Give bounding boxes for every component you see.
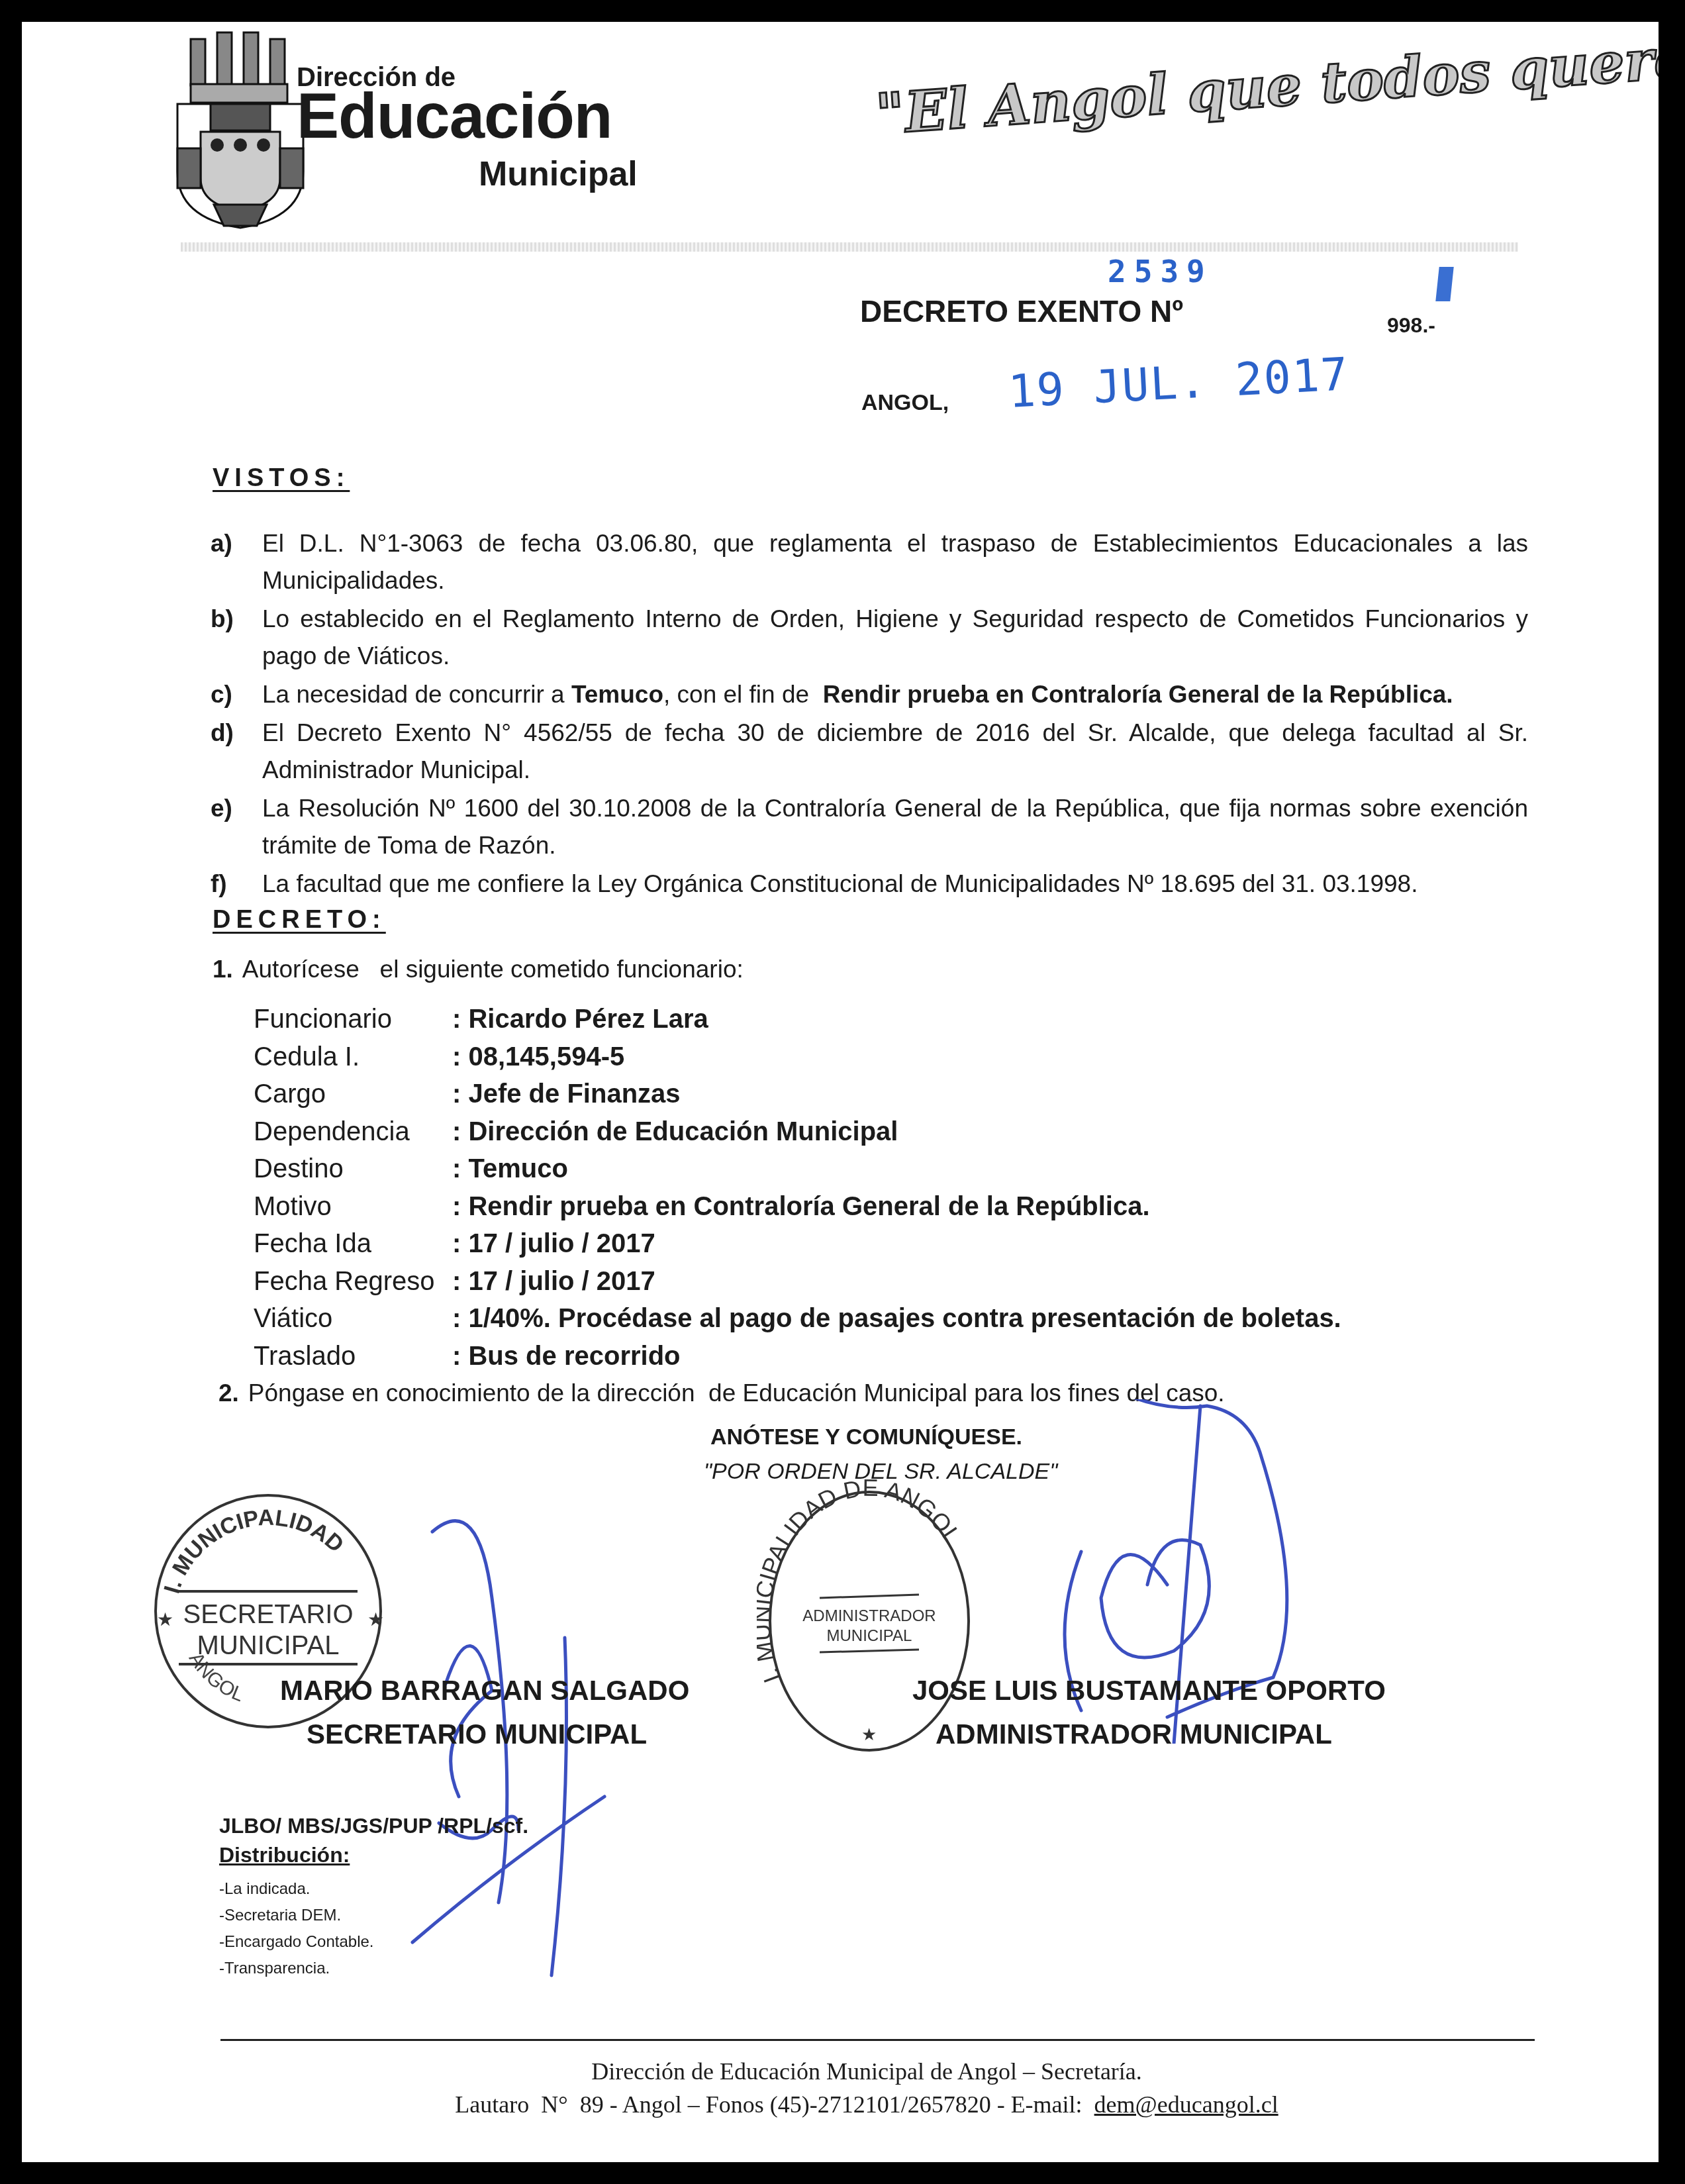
text-part: La necesidad de concurrir a (262, 681, 571, 708)
item-label: d) (211, 715, 262, 789)
field-value: : Dirección de Educación Municipal (452, 1113, 898, 1151)
stamped-decree-number: 2539 (1108, 254, 1213, 289)
decree-title: DECRETO EXENTO Nº (860, 293, 1183, 329)
header-divider (181, 242, 1518, 252)
decree-place: ANGOL, (861, 390, 949, 416)
field-row: Dependencia: Dirección de Educación Muni… (254, 1113, 1341, 1151)
list-item: c) La necesidad de concurrir a Temuco, c… (211, 676, 1528, 713)
distribution-heading: Distribución: (219, 1843, 350, 1867)
mission-fields: Funcionario: Ricardo Pérez Lara Cedula I… (254, 1001, 1341, 1375)
field-row: Fecha Regreso: 17 / julio / 2017 (254, 1263, 1341, 1301)
field-value: : Temuco (452, 1150, 568, 1188)
field-row: Viático: 1/40%. Procédase al pago de pas… (254, 1300, 1341, 1338)
list-item: e) La Resolución Nº 1600 del 30.10.2008 … (211, 790, 1528, 864)
field-value: : Ricardo Pérez Lara (452, 1001, 708, 1038)
decree-typed-number: 998.- (1387, 313, 1435, 338)
list-item: d) El Decreto Exento N° 4562/55 de fecha… (211, 715, 1528, 789)
item-text: El D.L. N°1-3063 de fecha 03.06.80, que … (262, 525, 1528, 599)
item-number: 2. (218, 1379, 239, 1407)
item-label: f) (211, 866, 262, 903)
signatory-name-secretary: MARIO BARRAGAN SALGADO (280, 1675, 689, 1707)
field-value: : Jefe de Finanzas (452, 1075, 681, 1113)
vistos-heading: VISTOS: (213, 464, 350, 493)
destination-bold: Temuco (571, 681, 663, 708)
svg-text:★: ★ (157, 1609, 173, 1630)
field-value: : 08,145,594-5 (452, 1038, 624, 1076)
decreto-item-1: 1.Autorícese el siguiente cometido funci… (213, 956, 744, 983)
field-label: Funcionario (254, 1001, 452, 1038)
footer-line1: Dirección de Educación Municipal de Ango… (22, 2058, 1659, 2085)
item-text: El Decreto Exento N° 4562/55 de fecha 30… (262, 715, 1528, 789)
field-label: Destino (254, 1150, 452, 1188)
letterhead-line2: Educación (297, 85, 612, 148)
signatory-role-administrator: ADMINISTRADOR MUNICIPAL (936, 1718, 1332, 1750)
footer-line2: Lautaro N° 89 - Angol – Fonos (45)-27121… (22, 2091, 1659, 2118)
field-value: : Rendir prueba en Contraloría General d… (452, 1188, 1150, 1226)
item-text: Lo establecido en el Reglamento Interno … (262, 601, 1528, 675)
item-text: Autorícese el siguiente cometido funcion… (242, 956, 744, 983)
field-label: Fecha Regreso (254, 1263, 452, 1301)
signatory-role-secretary: SECRETARIO MUNICIPAL (307, 1718, 647, 1750)
svg-text:★: ★ (861, 1724, 877, 1744)
list-item: -Encargado Contable. (219, 1929, 373, 1956)
svg-text:MUNICIPAL: MUNICIPAL (197, 1631, 340, 1660)
item-label: c) (211, 676, 262, 713)
item-label: a) (211, 525, 262, 599)
vistos-list: a) El D.L. N°1-3063 de fecha 03.06.80, q… (211, 525, 1528, 904)
stamp-mark (1435, 267, 1453, 301)
reference-initials: JLBO/ MBS/JGS/PUP /RPL/scf. (219, 1814, 528, 1838)
list-item: b) Lo establecido en el Reglamento Inter… (211, 601, 1528, 675)
field-label: Motivo (254, 1188, 452, 1226)
signatory-name-administrator: JOSE LUIS BUSTAMANTE OPORTO (912, 1675, 1386, 1707)
slogan: "El Angol que todos queremos..." (874, 22, 1659, 147)
signature-secretary (393, 1518, 611, 1982)
field-value: : 17 / julio / 2017 (452, 1263, 655, 1301)
list-item: a) El D.L. N°1-3063 de fecha 03.06.80, q… (211, 525, 1528, 599)
decreto-heading: DECRETO: (213, 906, 386, 934)
purpose-bold: Rendir prueba en Contraloría General de … (823, 681, 1453, 708)
text-part: , con el fin de (663, 681, 823, 708)
list-item: -La indicada. (219, 1876, 373, 1903)
item-text: La facultad que me confiere la Ley Orgán… (262, 866, 1528, 903)
field-row: Funcionario: Ricardo Pérez Lara (254, 1001, 1341, 1038)
item-number: 1. (213, 956, 233, 983)
item-text: La Resolución Nº 1600 del 30.10.2008 de … (262, 790, 1528, 864)
field-row: Cargo: Jefe de Finanzas (254, 1075, 1341, 1113)
list-item: -Transparencia. (219, 1956, 373, 1982)
svg-text:SECRETARIO: SECRETARIO (183, 1600, 353, 1629)
document-page: Dirección de Educación Municipal "El Ang… (22, 22, 1659, 2162)
list-item: -Secretaria DEM. (219, 1903, 373, 1929)
coat-of-arms-icon (164, 26, 316, 231)
footer-divider (220, 2039, 1535, 2041)
field-value: : Bus de recorrido (452, 1338, 681, 1375)
svg-text:★: ★ (367, 1609, 384, 1630)
field-row: Traslado: Bus de recorrido (254, 1338, 1341, 1375)
field-label: Viático (254, 1300, 452, 1338)
item-text: La necesidad de concurrir a Temuco, con … (262, 676, 1528, 713)
item-label: e) (211, 790, 262, 864)
footer-address: Lautaro N° 89 - Angol – Fonos (45)-27121… (455, 2091, 1094, 2118)
field-row: Fecha Ida: 17 / julio / 2017 (254, 1225, 1341, 1263)
svg-text:I. MUNICIPALIDAD: I. MUNICIPALIDAD (160, 1505, 349, 1597)
stamped-date: 19 JUL. 2017 (1007, 348, 1351, 419)
field-label: Traslado (254, 1338, 452, 1375)
letterhead-line3: Municipal (479, 154, 638, 194)
field-label: Dependencia (254, 1113, 452, 1151)
field-row: Destino: Temuco (254, 1150, 1341, 1188)
svg-text:I. MUNICIPALIDAD DE ANGOL: I. MUNICIPALIDAD DE ANGOL (757, 1479, 967, 1687)
field-row: Cedula I.: 08,145,594-5 (254, 1038, 1341, 1076)
item-label: b) (211, 601, 262, 675)
field-label: Cedula I. (254, 1038, 452, 1076)
svg-text:MUNICIPAL: MUNICIPAL (827, 1627, 912, 1645)
field-value: : 1/40%. Procédase al pago de pasajes co… (452, 1300, 1341, 1338)
field-row: Motivo: Rendir prueba en Contraloría Gen… (254, 1188, 1341, 1226)
svg-text:ADMINISTRADOR: ADMINISTRADOR (802, 1607, 936, 1625)
field-value: : 17 / julio / 2017 (452, 1225, 655, 1263)
list-item: f) La facultad que me confiere la Ley Or… (211, 866, 1528, 903)
email-link[interactable]: dem@educangol.cl (1094, 2091, 1278, 2118)
field-label: Cargo (254, 1075, 452, 1113)
field-label: Fecha Ida (254, 1225, 452, 1263)
anotese-text: ANÓTESE Y COMUNÍQUESE. (710, 1424, 1022, 1450)
distribution-list: -La indicada. -Secretaria DEM. -Encargad… (219, 1876, 373, 1982)
